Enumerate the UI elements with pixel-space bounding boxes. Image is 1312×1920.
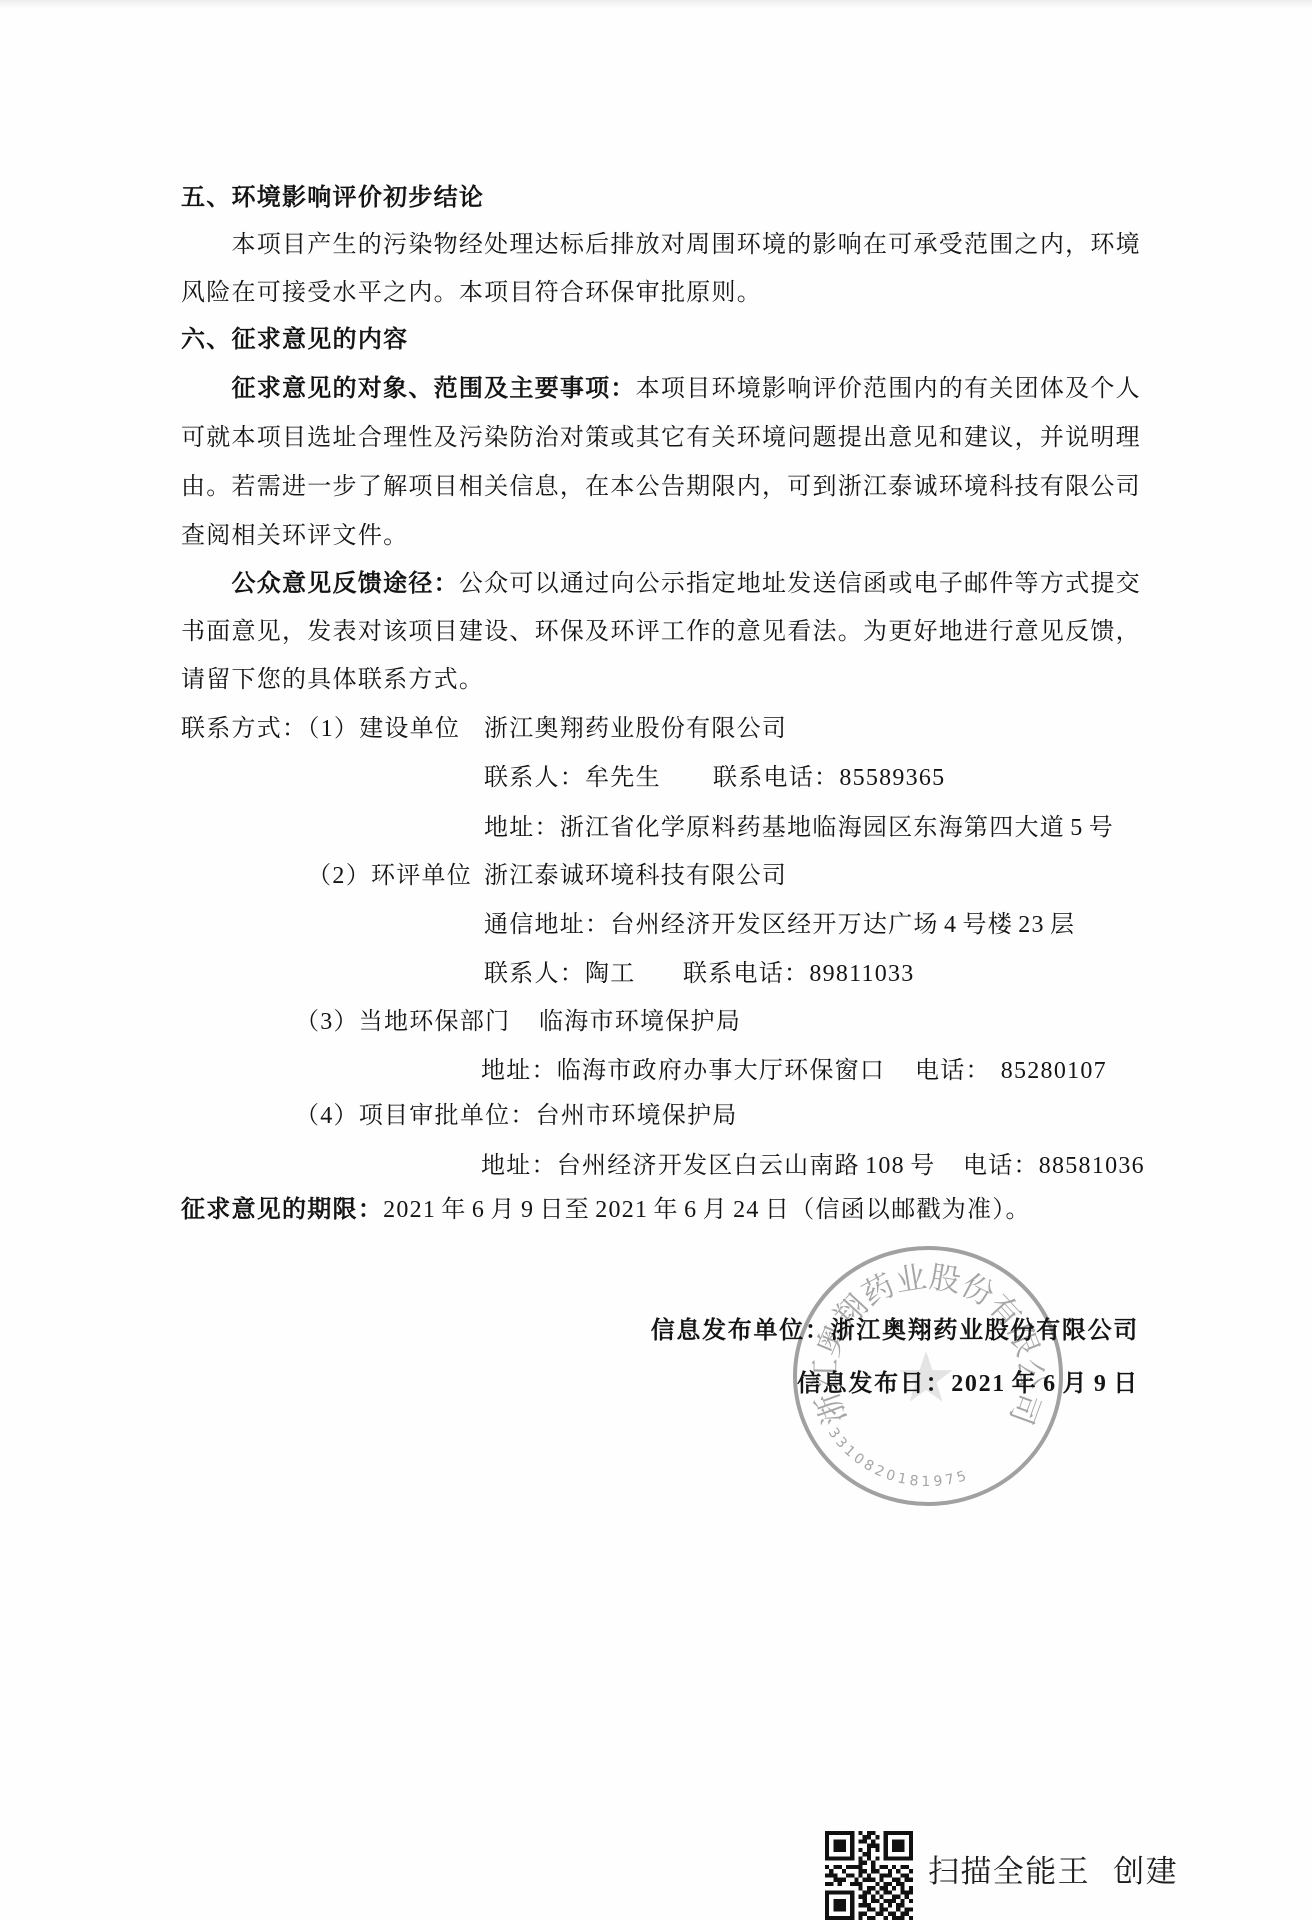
publish-date: 2021 年 6 月 9 日: [951, 1371, 1139, 1397]
contact-2-phone: 89811033: [809, 961, 914, 987]
contact-3-index: （3）: [295, 1009, 359, 1035]
contact-1-phone: 85589365: [839, 765, 945, 791]
feedback-text: 公众可以通过向公示指定地址发送信函或电子邮件等方式提交: [459, 571, 1141, 597]
contact-2-role: 环评单位: [371, 863, 472, 889]
contact-1-address: 浙江省化学原料药基地临海园区东海第四大道 5 号: [560, 815, 1114, 841]
contact-2-person-row: 联系人：陶工: [484, 959, 636, 989]
contact-3-phone: 85280107: [1001, 1058, 1107, 1084]
contact-4-address: 台州经济开发区白云山南路 108 号: [557, 1153, 936, 1179]
contact-3-header: （3）当地环保部门: [295, 1007, 510, 1037]
contact-3-address: 临海市政府办事大厅环保窗口: [557, 1058, 885, 1084]
contact-1-address-row: 地址：浙江省化学原料药基地临海园区东海第四大道 5 号: [484, 813, 1114, 843]
section-6-heading: 六、征求意见的内容: [181, 325, 408, 355]
contact-1-role: 建设单位: [359, 716, 460, 742]
scope-paragraph-line-1: 征求意见的对象、范围及主要事项：本项目环境影响评价范围内的有关团体及个人: [232, 374, 1141, 404]
section-5-line-1: 本项目产生的污染物经处理达标后排放对周围环境的影响在可承受范围之内，环境: [232, 230, 1141, 260]
contact-2-phone-row: 联系电话：89811033: [683, 959, 915, 989]
contact-4-role: 项目审批单位：: [359, 1103, 536, 1129]
stamp-registration-code-path: 3310820181975: [825, 1425, 972, 1490]
scope-paragraph-line-4: 查阅相关环评文件。: [181, 521, 408, 551]
feedback-paragraph-line-1: 公众意见反馈途径：公众可以通过向公示指定地址发送信函或电子邮件等方式提交: [232, 569, 1141, 599]
scanned-document-page: 浙江奥翔药业股份有限公司 3310820181975 五、环境影响评价初步结论 …: [0, 0, 1312, 1920]
contact-2-person-label: 联系人：: [484, 961, 585, 987]
contacts-label: 联系方式：: [181, 716, 307, 742]
contacts-row-1-header: 联系方式：（1）建设单位: [181, 714, 460, 744]
contact-4-phone-label: 电话：: [963, 1153, 1039, 1179]
publisher-label: 信息发布单位：: [651, 1317, 831, 1344]
contact-2-index: （2）: [307, 863, 371, 889]
contact-4-header: （4）项目审批单位：台州市环境保护局: [295, 1101, 738, 1131]
scope-text: 本项目环境影响评价范围内的有关团体及个人: [636, 376, 1141, 402]
contact-4-address-row: 地址：台州经济开发区白云山南路 108 号: [481, 1151, 935, 1181]
contact-1-org: 浙江奥翔药业股份有限公司: [484, 714, 787, 744]
scan-edge-shadow: [0, 0, 1312, 9]
comment-period-row: 征求意见的期限：2021 年 6 月 9 日至 2021 年 6 月 24 日（…: [181, 1195, 1031, 1225]
feedback-paragraph-line-3: 请留下您的具体联系方式。: [181, 665, 484, 695]
feedback-label: 公众意见反馈途径：: [232, 570, 459, 597]
contact-4-org: 台州市环境保护局: [536, 1103, 738, 1129]
contact-2-address-row: 通信地址：台州经济开发区经开万达广场 4 号楼 23 层: [484, 910, 1075, 940]
scope-paragraph-line-3: 由。若需进一步了解项目相关信息，在本公告期限内，可到浙江泰诚环境科技有限公司: [181, 472, 1141, 502]
contact-2-address: 台州经济开发区经开万达广场 4 号楼 23 层: [610, 912, 1075, 938]
contact-2-header: （2）环评单位: [307, 861, 472, 891]
stamp-registration-code: 3310820181975: [825, 1425, 972, 1490]
publisher-row: 信息发布单位：浙江奥翔药业股份有限公司: [651, 1315, 1139, 1347]
comment-period-label: 征求意见的期限：: [181, 1196, 383, 1223]
comment-period-value: 2021 年 6 月 9 日至 2021 年 6 月 24 日（信函以邮戳为准）…: [383, 1197, 1031, 1223]
contact-3-address-row: 地址：临海市政府办事大厅环保窗口: [481, 1056, 885, 1086]
feedback-paragraph-line-2: 书面意见，发表对该项目建设、环保及环评工作的意见看法。为更好地进行意见反馈，: [181, 617, 1141, 647]
contact-4-index: （4）: [295, 1103, 359, 1129]
section-5-line-2: 风险在可接受水平之内。本项目符合环保审批原则。: [181, 278, 762, 308]
contact-1-index: （1）: [307, 716, 359, 742]
contact-1-person: 牟先生: [585, 765, 661, 791]
contact-3-phone-label: 电话：: [915, 1058, 991, 1084]
contact-3-address-label: 地址：: [481, 1058, 557, 1084]
contact-4-address-label: 地址：: [481, 1153, 557, 1179]
contact-1-address-label: 地址：: [484, 815, 560, 841]
contact-2-address-label: 通信地址：: [484, 912, 610, 938]
contact-1-person-label: 联系人：: [484, 765, 585, 791]
contact-2-person: 陶工: [585, 961, 636, 987]
publish-date-label: 信息发布日：: [797, 1370, 951, 1397]
contact-2-org: 浙江泰诚环境科技有限公司: [484, 861, 787, 891]
scope-paragraph-line-2: 可就本项目选址合理性及污染防治对策或其它有关环境问题提出意见和建议，并说明理: [181, 423, 1141, 453]
contact-1-phone-row: 联系电话：85589365: [713, 763, 945, 793]
contact-1-phone-label: 联系电话：: [713, 765, 839, 791]
contact-3-phone-row: 电话：85280107: [915, 1056, 1107, 1086]
publish-date-row: 信息发布日：2021 年 6 月 9 日: [797, 1368, 1139, 1400]
scanner-app-watermark: 扫描全能王 创建: [928, 1852, 1178, 1892]
contact-3-role: 当地环保部门: [359, 1009, 511, 1035]
section-5-heading: 五、环境影响评价初步结论: [181, 183, 484, 213]
qr-code-icon: [825, 1831, 913, 1920]
publisher-name: 浙江奥翔药业股份有限公司: [831, 1317, 1139, 1344]
contact-4-phone-row: 电话：88581036: [963, 1151, 1145, 1181]
contact-1-person-row: 联系人：牟先生: [484, 763, 661, 793]
contact-4-phone: 88581036: [1039, 1153, 1145, 1179]
contact-2-phone-label: 联系电话：: [683, 961, 809, 987]
contact-3-org: 临海市环境保护局: [539, 1007, 741, 1037]
scope-label: 征求意见的对象、范围及主要事项：: [232, 375, 636, 402]
